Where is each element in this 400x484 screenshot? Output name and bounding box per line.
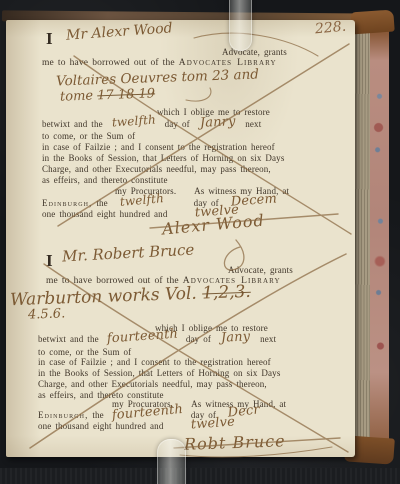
next-label: next bbox=[260, 334, 276, 344]
edinburgh-date-line: Edinburgh, the twelfth day of Decem bbox=[42, 197, 277, 208]
year-printed: one thousand eight hundred and bbox=[38, 421, 163, 431]
year-line: one thousand eight hundred and twelve bbox=[38, 421, 236, 431]
effeirs-line: as effeirs, and thereto constitute bbox=[42, 175, 168, 185]
leather-corner-top-right bbox=[350, 10, 394, 35]
due-day-handwritten: fourteenth bbox=[106, 330, 178, 345]
entry-initial: I bbox=[46, 29, 53, 49]
table-surface bbox=[0, 468, 400, 484]
charge-line: Charge, and other Executorials needful, … bbox=[42, 164, 271, 174]
signed-day-handwritten: fourteenth bbox=[111, 405, 183, 421]
next-label: next bbox=[245, 119, 261, 129]
advocate-grants-text: Advocate, grants bbox=[228, 265, 293, 275]
signature: Robt Bruce bbox=[184, 431, 286, 454]
marbled-board-edge bbox=[370, 16, 389, 462]
betwixt-prefix: betwixt and the bbox=[38, 334, 99, 344]
sum-line: to come, or the Sum of bbox=[42, 131, 135, 141]
sum-line: to come, or the Sum of bbox=[38, 347, 131, 357]
work-volumes-plain: tome bbox=[60, 89, 94, 105]
the-label: the bbox=[96, 198, 107, 208]
failzie-line: in case of Failzie ; and I consent to th… bbox=[42, 142, 275, 152]
signed-day-handwritten: twelfth bbox=[119, 193, 164, 207]
due-month-handwritten: Jany bbox=[221, 332, 251, 344]
due-date-line: betwixt and the fourteenth day of Jany n… bbox=[38, 334, 276, 344]
year-printed: one thousand eight hundred and bbox=[42, 209, 167, 219]
failzie-line: in case of Failzie ; and I consent to th… bbox=[38, 357, 271, 367]
due-day-handwritten: twelfth bbox=[111, 114, 156, 127]
borrowed-prefix: me to have borrowed out of the bbox=[42, 58, 175, 68]
edinburgh-label: Edinburgh, bbox=[42, 198, 92, 208]
advocates-library-label: Advocates Library bbox=[179, 58, 277, 68]
work-volumes-struck: 17 18 19 bbox=[97, 86, 155, 103]
books-of-session-line: in the Books of Session, that Letters of… bbox=[42, 153, 284, 163]
page-holder-strip-top bbox=[229, 0, 252, 51]
signed-year-handwritten: twelve bbox=[191, 417, 236, 430]
borrowed-work-volumes: 4.5.6. bbox=[28, 306, 66, 322]
advocate-grants-text: Advocate, grants bbox=[222, 47, 287, 57]
due-month-handwritten: Janry bbox=[199, 117, 235, 129]
photograph-of-library-register: 228. I Mr Alexr Wood Advocate, grants me… bbox=[0, 0, 400, 484]
due-date-line: betwixt and the twelfth day of Janry nex… bbox=[42, 118, 261, 129]
day-of-label: day of bbox=[186, 334, 211, 344]
page-number: 228. bbox=[314, 19, 346, 38]
entry-initial: I bbox=[46, 251, 53, 271]
betwixt-prefix: betwixt and the bbox=[42, 119, 103, 129]
day-of-label: day of bbox=[165, 119, 190, 129]
the-label: the bbox=[92, 410, 103, 420]
page-holder-strip-bottom bbox=[157, 439, 186, 484]
charge-line: Charge, and other Executorials needful, … bbox=[38, 379, 267, 389]
edinburgh-label: Edinburgh, bbox=[38, 410, 88, 420]
books-of-session-line: in the Books of Session, that Letters of… bbox=[38, 368, 280, 378]
work-volumes-struck: 1,2,3. bbox=[202, 282, 251, 304]
